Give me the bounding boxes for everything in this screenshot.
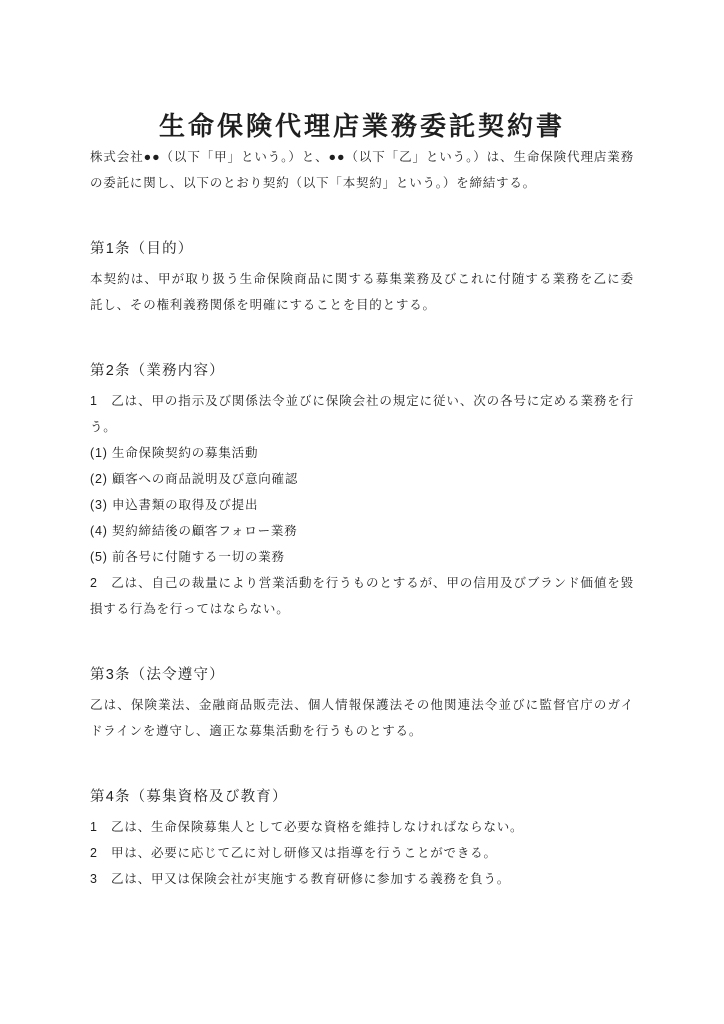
contract-page: 生命保険代理店業務委託契約書 株式会社●●（以下「甲」という。）と、●●（以下「… (0, 0, 724, 1024)
article-4-clause-3: 3 乙は、甲又は保険会社が実施する教育研修に参加する義務を負う。 (90, 866, 634, 892)
article-4-clause-1: 1 乙は、生命保険募集人として必要な資格を維持しなければならない。 (90, 814, 634, 840)
intro-paragraph: 株式会社●●（以下「甲」という。）と、●●（以下「乙」という。）は、生命保険代理… (90, 144, 634, 196)
article-4-heading: 第4条（募集資格及び教育） (90, 784, 634, 810)
article-2-item-4: (4) 契約締結後の顧客フォロー業務 (90, 518, 634, 544)
article-2-clause-1: 1 乙は、甲の指示及び関係法令並びに保険会社の規定に従い、次の各号に定める業務を… (90, 388, 634, 440)
article-4-clause-2: 2 甲は、必要に応じて乙に対し研修又は指導を行うことができる。 (90, 840, 634, 866)
article-3-body: 乙は、保険業法、金融商品販売法、個人情報保護法その他関連法令並びに監督官庁のガイ… (90, 692, 634, 744)
article-3: 第3条（法令遵守） 乙は、保険業法、金融商品販売法、個人情報保護法その他関連法令… (90, 662, 634, 744)
article-2-item-5: (5) 前各号に付随する一切の業務 (90, 544, 634, 570)
article-2-item-2: (2) 顧客への商品説明及び意向確認 (90, 466, 634, 492)
article-1-heading: 第1条（目的） (90, 236, 634, 262)
document-title: 生命保険代理店業務委託契約書 (90, 108, 634, 144)
article-4: 第4条（募集資格及び教育） 1 乙は、生命保険募集人として必要な資格を維持しなけ… (90, 784, 634, 892)
article-2-item-3: (3) 申込書類の取得及び提出 (90, 492, 634, 518)
article-2-heading: 第2条（業務内容） (90, 358, 634, 384)
article-2-clause-2: 2 乙は、自己の裁量により営業活動を行うものとするが、甲の信用及びブランド価値を… (90, 570, 634, 622)
article-2-item-1: (1) 生命保険契約の募集活動 (90, 440, 634, 466)
article-2: 第2条（業務内容） 1 乙は、甲の指示及び関係法令並びに保険会社の規定に従い、次… (90, 358, 634, 622)
article-3-heading: 第3条（法令遵守） (90, 662, 634, 688)
article-1: 第1条（目的） 本契約は、甲が取り扱う生命保険商品に関する募集業務及びこれに付随… (90, 236, 634, 318)
article-1-body: 本契約は、甲が取り扱う生命保険商品に関する募集業務及びこれに付随する業務を乙に委… (90, 266, 634, 318)
